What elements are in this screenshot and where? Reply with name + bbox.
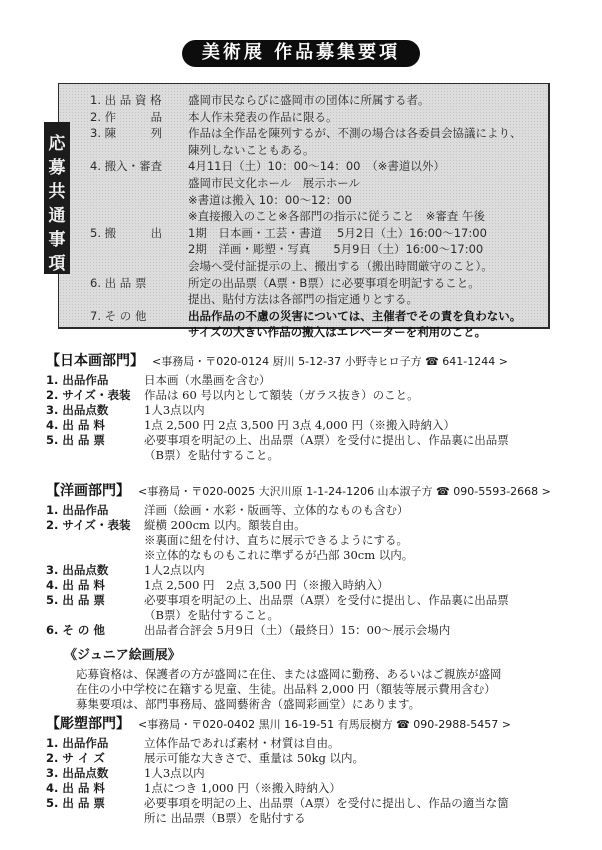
item-label: 3. 出品点数 (46, 766, 144, 781)
item-label: 2. サイズ・表装 (46, 388, 144, 403)
item-value: 展示可能な大きさで、重量は 50kg 以内。 (144, 751, 566, 766)
item-row: ※立体的なものもこれに準ずるが凸部 30cm 以内。 (46, 548, 566, 563)
common-row: サイズの大きい作品の搬入はエレベーターを利用のこと。 (90, 324, 550, 341)
item-row: 2. サイズ・表装縦横 200cm 以内。額装自由。 (46, 518, 566, 533)
item-label: 1. 出品作品 (46, 373, 144, 388)
common-row: 2期 洋画・彫塑・写真 5月9日（土）16:00～17:00 (90, 241, 550, 258)
row-value: 出品作品の不慮の災害については、主催者でその責を負わない。 (188, 308, 550, 325)
side-label-char: 事 (44, 228, 70, 252)
item-row: 4. 出 品 料1点につき 1,000 円（※搬入時納入） (46, 781, 566, 796)
item-label: 2. サイズ・表装 (46, 518, 144, 533)
item-value: 1点 2,500 円 2点 3,500 円（※搬入時納入） (144, 578, 566, 593)
row-label (90, 324, 188, 341)
item-value: ※裏面に紐を付け、直ちに展示できるようにする。 (144, 533, 566, 548)
section-title: 【日本画部門】 (46, 350, 144, 370)
item-label: 3. 出品点数 (46, 403, 144, 418)
row-value: ※直接搬入のこと※各部門の指示に従うこと ※審査 午後 (188, 208, 550, 225)
section-title: 【彫塑部門】 (46, 713, 130, 733)
item-label: 6. そ の 他 (46, 623, 144, 638)
item-label (46, 608, 144, 623)
item-value: 1人3点以内 (144, 403, 566, 418)
item-row: 3. 出品点数1人3点以内 (46, 403, 566, 418)
row-value: 会場へ受付証提示の上、搬出する（搬出時間厳守のこと）。 (188, 258, 550, 275)
row-label (90, 192, 188, 209)
common-row: 提出、貼付方法は各部門の指定通りとする。 (90, 291, 550, 308)
section-office-contact: <事務局・〒020-0402 黒川 16-19-51 有馬辰樹方 ☎ 090-2… (138, 716, 511, 732)
item-value: ※立体的なものもこれに準ずるが凸部 30cm 以内。 (144, 548, 566, 563)
row-value: サイズの大きい作品の搬入はエレベーターを利用のこと。 (188, 324, 550, 341)
item-row: 所に 出品票（B票）を貼付する (46, 811, 566, 826)
item-value: 必要事項を明記の上、出品票（A票）を受付に提出し、作品裏に出品票 (144, 433, 566, 448)
common-row: 5. 搬 出1期 日本画・工芸・書道 5月2日（土）16:00～17:00 (90, 225, 550, 242)
section-title: 【洋画部門】 (46, 480, 130, 500)
row-label: 3. 陳 列 (90, 125, 188, 142)
item-row: 3. 出品点数1人3点以内 (46, 766, 566, 781)
junior-exhibition-title: 《ジュニア絵画展》 (64, 644, 566, 663)
row-label (90, 241, 188, 258)
item-value: 1人2点以内 (144, 563, 566, 578)
section-header: 【洋画部門】 <事務局・〒020-0025 大沢川原 1-1-24-1206 山… (46, 480, 566, 500)
row-label: 7. そ の 他 (90, 308, 188, 325)
side-label-char: 通 (44, 204, 70, 228)
title-banner: 美術展 作品募集要項 (0, 40, 602, 67)
common-row: ※直接搬入のこと※各部門の指示に従うこと ※審査 午後 (90, 208, 550, 225)
row-value: ※書道は搬入 10：00～12：00 (188, 192, 550, 209)
common-row: ※書道は搬入 10：00～12：00 (90, 192, 550, 209)
item-label (46, 548, 144, 563)
item-row: 2. サ イ ズ展示可能な大きさで、重量は 50kg 以内。 (46, 751, 566, 766)
row-value: 2期 洋画・彫塑・写真 5月9日（土）16:00～17:00 (188, 241, 550, 258)
common-row: 2. 作 品本人作未発表の作品に限る。 (90, 109, 550, 126)
row-label (90, 142, 188, 159)
common-row: 会場へ受付証提示の上、搬出する（搬出時間厳守のこと）。 (90, 258, 550, 275)
item-value: 立体作品であれば素材・材質は自由。 (144, 736, 566, 751)
item-value: 1点につき 1,000 円（※搬入時納入） (144, 781, 566, 796)
row-label: 1. 出 品 資 格 (90, 92, 188, 109)
section-yoga: 【洋画部門】 <事務局・〒020-0025 大沢川原 1-1-24-1206 山… (46, 480, 566, 712)
junior-line: 応募資格は、保護者の方が盛岡に在住、または盛岡に勤務、あるいはご親族が盛岡 (76, 667, 566, 682)
item-row: ※裏面に紐を付け、直ちに展示できるようにする。 (46, 533, 566, 548)
row-value: 4月11日（土）10：00～14：00 （※書道以外） (188, 158, 550, 175)
item-row: （B票）を貼付すること。 (46, 608, 566, 623)
item-value: 必要事項を明記の上、出品票（A票）を受付に提出し、作品の適当な箇 (144, 796, 566, 811)
common-requirements-list: 1. 出 品 資 格盛岡市民ならびに盛岡市の団体に所属する者。 2. 作 品本人… (90, 92, 550, 341)
item-row: 5. 出 品 票必要事項を明記の上、出品票（A票）を受付に提出し、作品裏に出品票 (46, 593, 566, 608)
item-row: 2. サイズ・表装作品は 60 号以内として額装（ガラス抜き）のこと。 (46, 388, 566, 403)
section-header: 【彫塑部門】 <事務局・〒020-0402 黒川 16-19-51 有馬辰樹方 … (46, 713, 566, 733)
item-label: 2. サ イ ズ (46, 751, 144, 766)
section-office-contact: <事務局・〒020-0124 厨川 5-12-37 小野寺ヒロ子方 ☎ 641-… (152, 353, 508, 369)
row-label: 5. 搬 出 (90, 225, 188, 242)
row-label: 6. 出 品 票 (90, 275, 188, 292)
row-value: 提出、貼付方法は各部門の指定通りとする。 (188, 291, 550, 308)
item-label: 4. 出 品 料 (46, 578, 144, 593)
item-value: 作品は 60 号以内として額装（ガラス抜き）のこと。 (144, 388, 566, 403)
item-value: 1点 2,500 円 2点 3,500 円 3点 4,000 円（※搬入時納入） (144, 418, 566, 433)
item-value: 日本画（水墨画を含む） (144, 373, 566, 388)
item-row: 6. そ の 他出品者合評会 5月9日（土）（最終日）15：00～展示会場内 (46, 623, 566, 638)
item-label: 5. 出 品 票 (46, 433, 144, 448)
junior-line: 募集要項は、部門事務局、盛岡藝術舎（盛岡彩画堂）にあります。 (76, 697, 566, 712)
side-label-char: 項 (44, 252, 70, 276)
section-header: 【日本画部門】 <事務局・〒020-0124 厨川 5-12-37 小野寺ヒロ子… (46, 350, 566, 370)
item-row: 1. 出品作品洋画（絵画・水彩・版画等、立体的なものも含む） (46, 503, 566, 518)
row-value: 盛岡市民文化ホール 展示ホール (188, 175, 550, 192)
row-value: 陳列しないこともある。 (188, 142, 550, 159)
item-label: 3. 出品点数 (46, 563, 144, 578)
item-label (46, 811, 144, 826)
common-row: 盛岡市民文化ホール 展示ホール (90, 175, 550, 192)
item-label (46, 448, 144, 463)
item-row: 5. 出 品 票必要事項を明記の上、出品票（A票）を受付に提出し、作品裏に出品票 (46, 433, 566, 448)
row-label: 2. 作 品 (90, 109, 188, 126)
row-label: 4. 搬入・審査 (90, 158, 188, 175)
item-label: 5. 出 品 票 (46, 593, 144, 608)
row-value: 本人作未発表の作品に限る。 (188, 109, 550, 126)
item-value: 1人3点以内 (144, 766, 566, 781)
item-value: （B票）を貼付すること。 (144, 608, 566, 623)
page-title: 美術展 作品募集要項 (182, 40, 420, 67)
side-label-char: 応 (44, 132, 70, 156)
side-label-char: 共 (44, 180, 70, 204)
junior-line: 在住の小中学校に在籍する児童、生徒。出品料 2,000 円（額装等展示費用含む） (76, 682, 566, 697)
item-row: （B票）を貼付すること。 (46, 448, 566, 463)
item-label: 1. 出品作品 (46, 503, 144, 518)
item-row: 5. 出 品 票必要事項を明記の上、出品票（A票）を受付に提出し、作品の適当な箇 (46, 796, 566, 811)
common-row: 6. 出 品 票所定の出品票（A票・B票）に必要事項を明記すること。 (90, 275, 550, 292)
item-value: 縦横 200cm 以内。額装自由。 (144, 518, 566, 533)
row-value: 盛岡市民ならびに盛岡市の団体に所属する者。 (188, 92, 550, 109)
item-row: 4. 出 品 料1点 2,500 円 2点 3,500 円 3点 4,000 円… (46, 418, 566, 433)
item-label: 4. 出 品 料 (46, 781, 144, 796)
item-value: 出品者合評会 5月9日（土）（最終日）15：00～展示会場内 (144, 623, 566, 638)
common-row: 1. 出 品 資 格盛岡市民ならびに盛岡市の団体に所属する者。 (90, 92, 550, 109)
section-nihonga: 【日本画部門】 <事務局・〒020-0124 厨川 5-12-37 小野寺ヒロ子… (46, 350, 566, 463)
common-row: 3. 陳 列作品は全作品を陳列するが、不測の場合は各委員会協議により、 (90, 125, 550, 142)
item-value: （B票）を貼付すること。 (144, 448, 566, 463)
row-label (90, 258, 188, 275)
item-row: 1. 出品作品日本画（水墨画を含む） (46, 373, 566, 388)
item-row: 4. 出 品 料1点 2,500 円 2点 3,500 円（※搬入時納入） (46, 578, 566, 593)
item-label: 5. 出 品 票 (46, 796, 144, 811)
item-value: 洋画（絵画・水彩・版画等、立体的なものも含む） (144, 503, 566, 518)
row-value: 作品は全作品を陳列するが、不測の場合は各委員会協議により、 (188, 125, 550, 142)
section-sculpture: 【彫塑部門】 <事務局・〒020-0402 黒川 16-19-51 有馬辰樹方 … (46, 713, 566, 826)
item-label (46, 533, 144, 548)
item-label: 1. 出品作品 (46, 736, 144, 751)
row-label (90, 291, 188, 308)
item-value: 必要事項を明記の上、出品票（A票）を受付に提出し、作品裏に出品票 (144, 593, 566, 608)
common-requirements-label: 応 募 共 通 事 項 (44, 122, 70, 274)
row-value: 1期 日本画・工芸・書道 5月2日（土）16:00～17:00 (188, 225, 550, 242)
side-label-char: 募 (44, 156, 70, 180)
row-label (90, 208, 188, 225)
item-label: 4. 出 品 料 (46, 418, 144, 433)
common-row: 7. そ の 他出品作品の不慮の災害については、主催者でその責を負わない。 (90, 308, 550, 325)
common-row: 4. 搬入・審査4月11日（土）10：00～14：00 （※書道以外） (90, 158, 550, 175)
item-row: 3. 出品点数1人2点以内 (46, 563, 566, 578)
row-label (90, 175, 188, 192)
item-row: 1. 出品作品立体作品であれば素材・材質は自由。 (46, 736, 566, 751)
junior-exhibition-body: 応募資格は、保護者の方が盛岡に在住、または盛岡に勤務、あるいはご親族が盛岡在住の… (76, 667, 566, 712)
common-row: 陳列しないこともある。 (90, 142, 550, 159)
item-value: 所に 出品票（B票）を貼付する (144, 811, 566, 826)
section-office-contact: <事務局・〒020-0025 大沢川原 1-1-24-1206 山本淑子方 ☎ … (138, 483, 551, 499)
row-value: 所定の出品票（A票・B票）に必要事項を明記すること。 (188, 275, 550, 292)
